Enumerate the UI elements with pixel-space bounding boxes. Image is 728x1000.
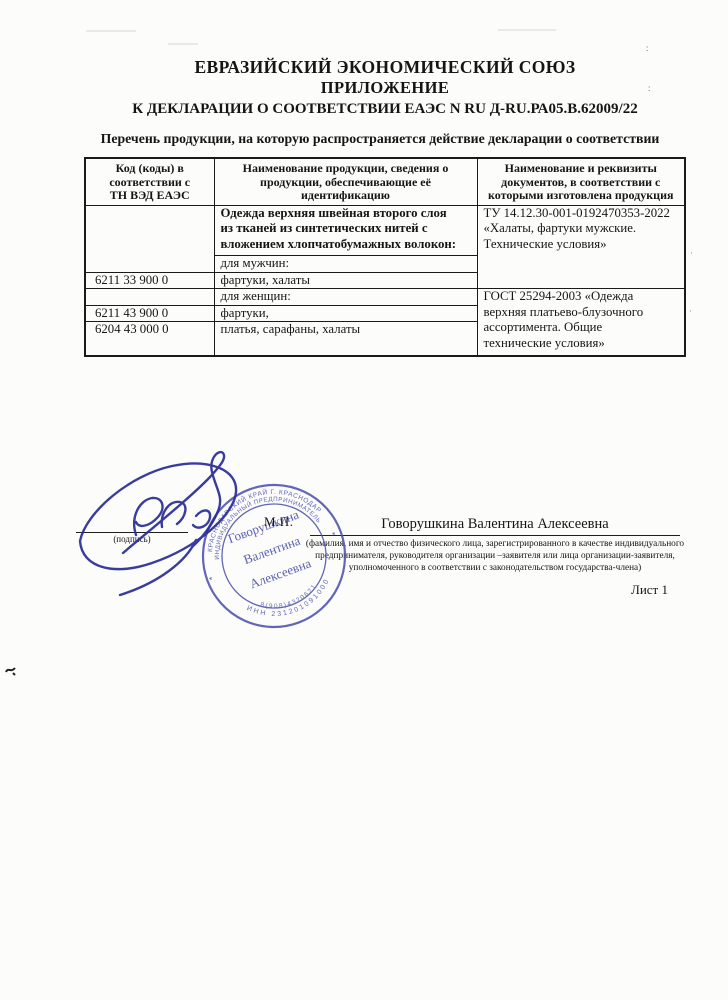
scan-smudge [498,29,556,31]
scan-speck: ∶ [648,84,650,95]
cell-products-men: фартуки, халаты [214,272,477,289]
cell-document-tu: ТУ 14.12.30-001-0192470353-2022 «Халаты,… [477,205,685,289]
cell-code-empty-1 [85,205,214,272]
table-row: для женщин: ГОСТ 25294-2003 «Одежда верх… [85,289,685,306]
document-page: ЕВРАЗИЙСКИЙ ЭКОНОМИЧЕСКИЙ СОЮЗ ПРИЛОЖЕНИ… [0,0,728,1000]
cell-code-women-2: 6204 43 000 0 [85,322,214,356]
declaration-number-line: К ДЕКЛАРАЦИИ О СООТВЕТСТВИИ ЕАЭС N RU Д-… [30,100,728,119]
cell-code-women-1: 6211 43 900 0 [85,305,214,322]
declarant-name: Говорушкина Валентина Алексеевна [310,516,680,533]
stamp-star-right: * [331,530,338,541]
sheet-number: Лист 1 [560,582,668,598]
cell-for-men: для мужчин: [214,255,477,272]
table-header-row: Код (коды) в соответствии с ТН ВЭД ЕАЭС … [85,158,685,205]
scan-smudge [168,43,198,45]
products-table: Код (коды) в соответствии с ТН ВЭД ЕАЭС … [84,157,686,357]
stamp-place-label: М.П. [264,514,293,530]
products-list-caption: Перечень продукции, на которую распростр… [40,131,720,147]
cell-product-group: Одежда верхняя швейная второго слоя из т… [214,205,477,255]
document-header: ЕВРАЗИЙСКИЙ ЭКОНОМИЧЕСКИЙ СОЮЗ ПРИЛОЖЕНИ… [30,57,728,119]
union-title: ЕВРАЗИЙСКИЙ ЭКОНОМИЧЕСКИЙ СОЮЗ [30,57,728,78]
scan-smudge [86,30,136,32]
name-line [310,535,680,536]
cell-products-women-2: платья, сарафаны, халаты [214,322,477,356]
appendix-title: ПРИЛОЖЕНИЕ [30,78,728,98]
cell-code-empty-2 [85,289,214,306]
scan-speck: · [689,306,692,316]
scan-speck: · [690,248,693,258]
scan-speck: ∶ [646,44,648,55]
cell-for-women: для женщин: [214,289,477,306]
ink-speck [4,664,20,680]
table-row: Одежда верхняя швейная второго слоя из т… [85,205,685,255]
cell-products-women-1: фартуки, [214,305,477,322]
col-header-product: Наименование продукции, сведения о проду… [214,158,477,205]
cell-code-men: 6211 33 900 0 [85,272,214,289]
handwritten-signature [60,438,260,608]
col-header-documents: Наименование и реквизиты документов, в с… [477,158,685,205]
col-header-code: Код (коды) в соответствии с ТН ВЭД ЕАЭС [85,158,214,205]
cell-document-gost: ГОСТ 25294-2003 «Одежда верхняя платьево… [477,289,685,356]
